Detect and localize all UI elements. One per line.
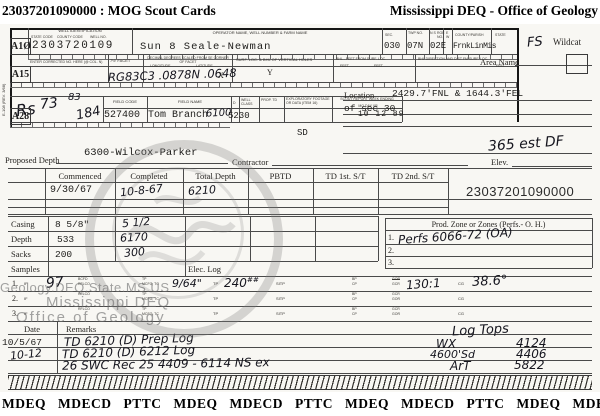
facet-label: 7½' FACET (110, 59, 130, 64)
prod-zone-1-label: 1. (388, 233, 394, 242)
elevation-label: Elev. (491, 157, 508, 167)
dst-2-sitp-label: SITP (276, 297, 285, 302)
footer-token: MDEQ (345, 396, 389, 412)
field-code-value: 527400 (104, 110, 140, 121)
dst-1-cp-label: CP (352, 282, 357, 286)
agency-title: Mississippi DEQ - Office of Geology (390, 3, 598, 19)
footer-token: PTTC (467, 396, 505, 412)
dst-3-gcr-label: GCR (392, 307, 400, 311)
location-value-line1: 2429.7'FNL & 1644.3'FEL (392, 88, 523, 99)
elevation-value: 365 est DF (488, 133, 565, 154)
proposed-depth-value: 6300-Wilcox-Parker (84, 147, 197, 159)
prod-zone-3-label: 3. (388, 258, 394, 267)
field-name-value: Tom Branch (148, 110, 208, 121)
log-top-3-name: ArT (450, 359, 470, 373)
document-id-title: 23037201090000 : MOG Scout Cards (2, 3, 216, 19)
exploratory-footage-label: EXPLORATORY FOOTAGE OR DATA (ITEM 16) (286, 97, 330, 105)
well-class-label: WELL CLASS (241, 98, 258, 106)
operator-name-label: OPERATOR NAME, WELL NUMBER & FARM NAME (140, 31, 380, 36)
well-no-label: WELL NO. (90, 35, 107, 39)
dst-3-mcfg-label: MCFG; TC (142, 312, 159, 316)
dst-2-mcfg-label: MCFG; TC (142, 297, 159, 301)
x-label: X (218, 71, 224, 80)
footer-token: MDECD (401, 396, 455, 412)
enter-corrected-label: ENTER CORRECTED NO. HERE (@ COL. N) (30, 60, 102, 64)
footer-token: MDEQ (2, 396, 46, 412)
sacks-label: Sacks (11, 249, 31, 259)
county-parish-label: COUNTY/PARISH (455, 33, 484, 37)
scanned-card: E-108 (REV. 3/68) WELL IDENTIFICATION ST… (0, 24, 600, 392)
bhl-direction-label: BHL DIRECTION AND DIST FM SURF. LOC. (418, 57, 488, 61)
dst-2-gor-label: GOR (392, 297, 400, 301)
log-tops-title: Log Tops (452, 322, 510, 340)
dst-1-tp-label: TP (213, 282, 218, 287)
sacks-hand-value: 300 (123, 245, 145, 260)
dst-3-cg-label: CG (458, 312, 464, 317)
dst-3-gor-label: GOR (392, 312, 400, 316)
date-column-header: Date (24, 324, 40, 334)
dst-1-flow-value: 97 (45, 274, 64, 291)
dst-2-tp-label: TP (213, 297, 218, 302)
dst-1-sitp-label: SITP (276, 282, 285, 287)
ns-label: N S (430, 31, 436, 35)
page-header: 23037201090000 : MOG Scout Cards Mississ… (0, 0, 600, 24)
mog-scout-card-page: 23037201090000 : MOG Scout Cards Mississ… (0, 0, 600, 416)
samples-label: Samples (11, 264, 40, 274)
wildcat-label: Wildcat (553, 37, 581, 47)
pbtd-header: PBTD (248, 171, 313, 181)
footer-token: PTTC (295, 396, 333, 412)
form-number-edge-label: E-108 (REV. 3/68) (2, 84, 7, 116)
state-label: STATE (495, 33, 506, 37)
y-label: Y (267, 68, 273, 77)
card-prefix-a28: A28 (10, 108, 31, 125)
commenced-header: Commenced (45, 171, 115, 181)
well-identification-label: WELL IDENTIFICATION (30, 29, 130, 34)
dst-1-bp-label: BP (352, 277, 357, 281)
dst-1-gor-label: GOR (392, 277, 400, 281)
td-1st-header: TD 1st. S/T (313, 171, 378, 181)
footer-token: MDEQ (174, 396, 218, 412)
twp-label: TWP NO. (408, 31, 426, 35)
dst-3-sitp-label: SITP (276, 312, 285, 317)
prop-td-label: PROP. TD (261, 98, 283, 102)
dst-2-cp-label: CP (352, 297, 357, 301)
sec-value: 030 (384, 41, 400, 51)
location-label: Location (344, 90, 374, 100)
footer-token: MDECD (573, 396, 600, 412)
footer-token: MDEQ (517, 396, 561, 412)
commenced-value: 9/30/67 (50, 185, 92, 196)
dst-1-rflco-label: RFLCO (78, 282, 90, 286)
casing-hand-value: 5 1/2 (121, 215, 150, 230)
dst-2-gcr-label: GCR (392, 292, 400, 296)
dst-2-num: 2. (12, 294, 18, 303)
sd-note: SD (297, 128, 308, 138)
feet-label-1: FEET (340, 64, 349, 68)
dst-1-if-label: IF (24, 282, 28, 287)
d-label: D (233, 101, 236, 105)
prod-zone-2-label: 2. (388, 246, 394, 255)
dst-3-if-label: IF (24, 312, 28, 317)
seal-watermark-glyph (85, 140, 265, 320)
dst-1-num: 1. (12, 279, 18, 288)
rge-value: 02E (430, 41, 446, 51)
ew-label: E W (446, 31, 452, 39)
casing-label: Casing (11, 219, 35, 229)
surf-loc-label: SURF. LOC. & BHL OF VERTICAL HOLES (236, 58, 312, 63)
depth-typed-value: 533 (57, 234, 74, 245)
remarks-column-header: Remarks (66, 324, 96, 334)
decimal-degrees-label: DECIMAL DEGREES SCALED FROM SE CORNER OF… (146, 56, 230, 64)
td-2nd-header: TD 2nd. S/T (378, 171, 448, 181)
dst-2-rflco-label: RFLCO (78, 292, 90, 296)
twp-value: 07N (407, 41, 423, 51)
card-prefix-a10: A1Ø (10, 38, 31, 55)
county-value: FrnkLinMis (453, 42, 496, 51)
dst-3-cp-label: CP (352, 312, 357, 316)
log-top-3-value: 5822 (514, 358, 545, 372)
area-name-label: Area Name (480, 57, 519, 67)
dst-2-bp-label: BP (352, 292, 357, 296)
casing-typed-value: 8 5/8" (55, 219, 89, 230)
field-name-label: FIELD NAME (150, 100, 230, 105)
dst-1-tp-value: 240## (224, 275, 259, 290)
completed-header: Completed (115, 171, 183, 181)
dst-1-cg-label: CG (458, 282, 464, 287)
margin-note-184: 184 (75, 104, 102, 124)
feet-label-2: FEET (374, 64, 383, 68)
footer-token: MDECD (230, 396, 284, 412)
footer-token: PTTC (124, 396, 162, 412)
dst-1-bcfd-label: BCFD (78, 277, 88, 281)
dst-1-gcr-label: GCR (392, 282, 400, 286)
depth-label: Depth (11, 234, 32, 244)
footer-token: MDECD (58, 396, 112, 412)
dst-3-rflco-label: RFLCO (78, 307, 90, 311)
contractor-label: Contractor (232, 157, 268, 167)
dst-1-gor-value: 130:1 (406, 276, 441, 292)
wildcat-checkbox (566, 54, 588, 74)
field-code-label: FIELD CODE (105, 100, 145, 105)
card-prefix-a15: A15 (10, 66, 31, 83)
state-code-label: STATE CODE (31, 35, 53, 39)
page-footer: MDEQ MDECD PTTC MDEQ MDECD PTTC MDEQ MDE… (0, 392, 600, 416)
dst-3-bp-label: BP (352, 307, 357, 311)
fs-handwritten-note: FS (526, 34, 543, 50)
remark-3-text: 26 SWC Rec 25 4409 - 6114 NS ex (62, 355, 270, 373)
sec-label: SEC. (385, 33, 393, 37)
margin-note-83: 83 (68, 92, 81, 103)
proposed-depth-label: Proposed Depth (5, 155, 60, 165)
hatched-void-band (8, 375, 592, 390)
location-value-line2: of sec 30 (344, 103, 395, 114)
bhl-feet-label: BHL - FEET FROM SURF. LOC. (336, 57, 386, 61)
total-depth-value: 6210 (188, 183, 217, 198)
dst-1-mcfg-label: MCFG; TC (142, 282, 159, 286)
api-number-overlay: 23037201090000 (466, 184, 574, 199)
total-depth-header: Total Depth (183, 171, 248, 181)
elec-log-label: Elec. Log (188, 264, 221, 274)
completed-value: 10-8-67 (119, 182, 163, 199)
dst-3-tp-label: TP (213, 312, 218, 317)
dst-2-if-label: IF (24, 297, 28, 302)
dst-2-tp-small-label: TP (142, 292, 146, 296)
dst-2-cg-label: CG (458, 297, 464, 302)
dst-1-cg-value: 38.6° (472, 273, 508, 290)
dst-1-tp-small-label: TP (142, 277, 146, 281)
operator-name-value: Sun 8 Seale-Newman (140, 41, 271, 53)
depth-hand-value: 6170 (120, 230, 149, 244)
well-id-value: 2303720109 (32, 40, 114, 52)
dst-3-tp-small-label: TP (142, 307, 146, 311)
county-code-label: COUNTY CODE (57, 35, 83, 39)
dst-3-num: 3. (12, 309, 18, 318)
prop-td-value: 5230 (228, 111, 250, 121)
sacks-typed-value: 200 (55, 249, 72, 260)
dst-1-choke-value: 9/64" (172, 277, 202, 290)
margin-note-73: 73 (39, 95, 58, 113)
